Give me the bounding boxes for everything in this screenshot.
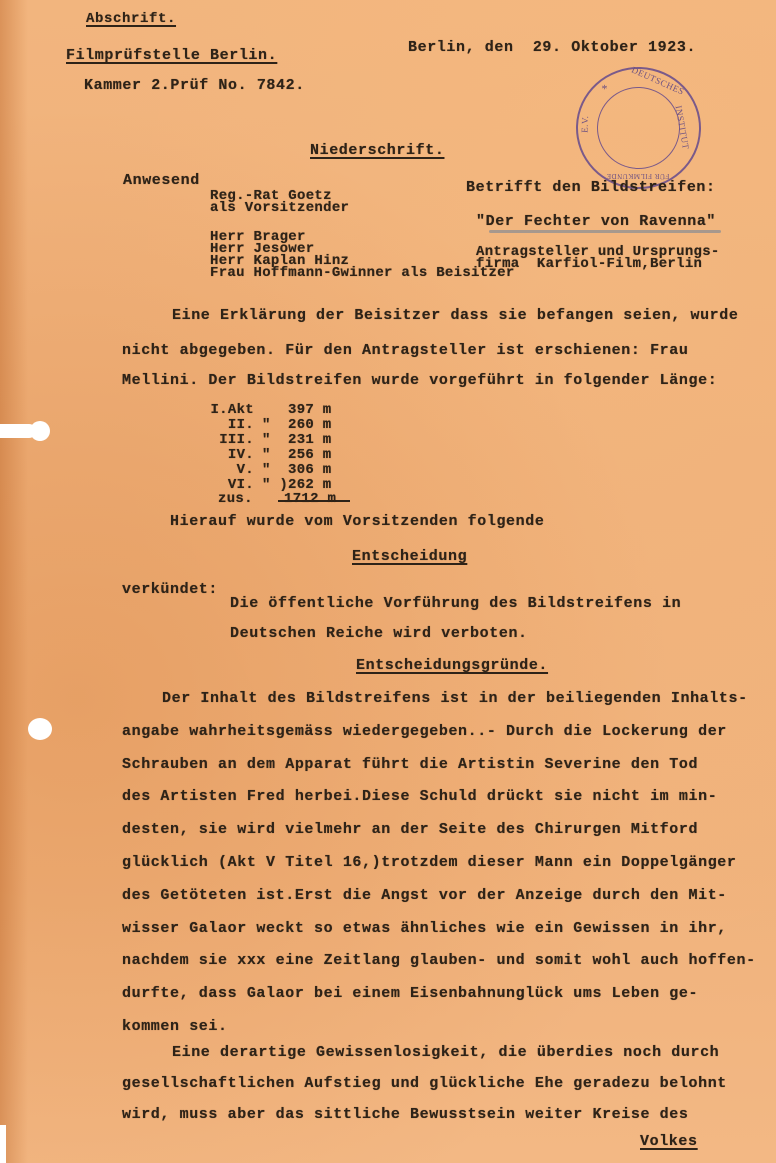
paragraph-line: wird, muss aber das sittliche Bewusstsei… (122, 1107, 689, 1122)
decision-line-1: Die öffentliche Vorführung des Bildstrei… (230, 596, 681, 611)
subject-label: Betrifft den Bildstreifen: (466, 180, 716, 195)
document-page: Abschrift. Filmprüfstelle Berlin. Kammer… (0, 0, 776, 1163)
punch-hole (28, 718, 52, 740)
ditto-mark: " (262, 449, 271, 461)
institute-stamp: DEUTSCHES INSTITUT FÜR FILMKUNDE E.V. * (574, 65, 703, 191)
applicant-line-2: firma Karfiol-Film,Berlin (476, 258, 702, 270)
total-length: 1712 m (284, 493, 336, 505)
ditto-mark: " (262, 419, 271, 431)
stamp-inner-ring (596, 86, 682, 171)
decision-heading: Entscheidung (352, 549, 467, 564)
punch-hole (30, 421, 50, 441)
paragraph-line: durfte, dass Galaor bei einem Eisenbahnu… (122, 986, 698, 1001)
decision-verb: verkündet: (122, 582, 218, 597)
document-title: Niederschrift. (310, 143, 444, 158)
paragraph-line: Schrauben an dem Apparat führt die Artis… (122, 757, 698, 772)
ditto-mark: " ) (262, 479, 288, 491)
film-title-underline (489, 230, 721, 233)
paragraph-line: wisser Galaor weckt so etwas ähnliches w… (122, 921, 727, 936)
stamp-star-icon: * (601, 82, 608, 97)
copy-label: Abschrift. (86, 12, 176, 26)
act-length: 262 m (288, 479, 332, 491)
attendance-label: Anwesend (123, 173, 200, 188)
act-label: II. (228, 419, 254, 431)
paragraph-line: Der Inhalt des Bildstreifens ist in der … (162, 691, 748, 706)
member-4: Frau Hoffmann-Gwinner als Beisitzer (210, 267, 515, 279)
act-length: 256 m (288, 449, 332, 461)
total-label: zus. (218, 493, 253, 505)
act-length: 260 m (288, 419, 332, 431)
paragraph-line: des Artisten Fred herbei.Diese Schuld dr… (122, 789, 717, 804)
paragraph-line: glücklich (Akt V Titel 16,)trotzdem dies… (122, 855, 737, 870)
paragraph-line: desten, sie wird vielmehr an der Seite d… (122, 822, 698, 837)
paragraph-line: nachdem sie xxx eine Zeitlang glauben- u… (122, 953, 756, 968)
act-label: IV. (228, 449, 254, 461)
film-title: "Der Fechter von Ravenna" (476, 214, 716, 229)
office-name: Filmprüfstelle Berlin. (66, 48, 277, 63)
catchword: Volkes (640, 1134, 698, 1149)
act-length: 231 m (288, 434, 332, 446)
act-label: I.Akt (210, 404, 254, 416)
paragraph-line: gesellschaftlichen Aufstieg und glücklic… (122, 1076, 727, 1091)
act-label: III. (219, 434, 254, 446)
paragraph-line: kommen sei. (122, 1019, 228, 1034)
reasons-heading: Entscheidungsgründe. (356, 658, 548, 673)
paragraph-line: angabe wahrheitsgemäss wiedergegeben..- … (122, 724, 727, 739)
place-date: Berlin, den 29. Oktober 1923. (408, 40, 696, 55)
intro-line-1: Eine Erklärung der Beisitzer dass sie be… (172, 308, 739, 323)
paragraph-line: Eine derartige Gewissenlosigkeit, die üb… (172, 1045, 719, 1060)
act-label: VI. (228, 479, 254, 491)
intro-line-3: Mellini. Der Bildstreifen wurde vorgefüh… (122, 373, 717, 388)
act-length: 306 m (288, 464, 332, 476)
chamber-reference: Kammer 2.Prüf No. 7842. (84, 78, 305, 93)
act-label: V. (237, 464, 254, 476)
chair-role: als Vorsitzender (210, 202, 349, 214)
decision-line-2: Deutschen Reiche wird verboten. (230, 626, 528, 641)
ditto-mark: " (262, 434, 271, 446)
ditto-mark: " (262, 464, 271, 476)
paragraph-line: des Getöteten ist.Erst die Angst vor der… (122, 888, 727, 903)
page-edge (0, 1125, 6, 1163)
intro-line-2: nicht abgegeben. Für den Antragsteller i… (122, 343, 689, 358)
decision-intro: Hierauf wurde vom Vorsitzenden folgende (170, 514, 544, 529)
act-length: 397 m (288, 404, 332, 416)
stamp-text-left: E.V. (579, 115, 590, 133)
